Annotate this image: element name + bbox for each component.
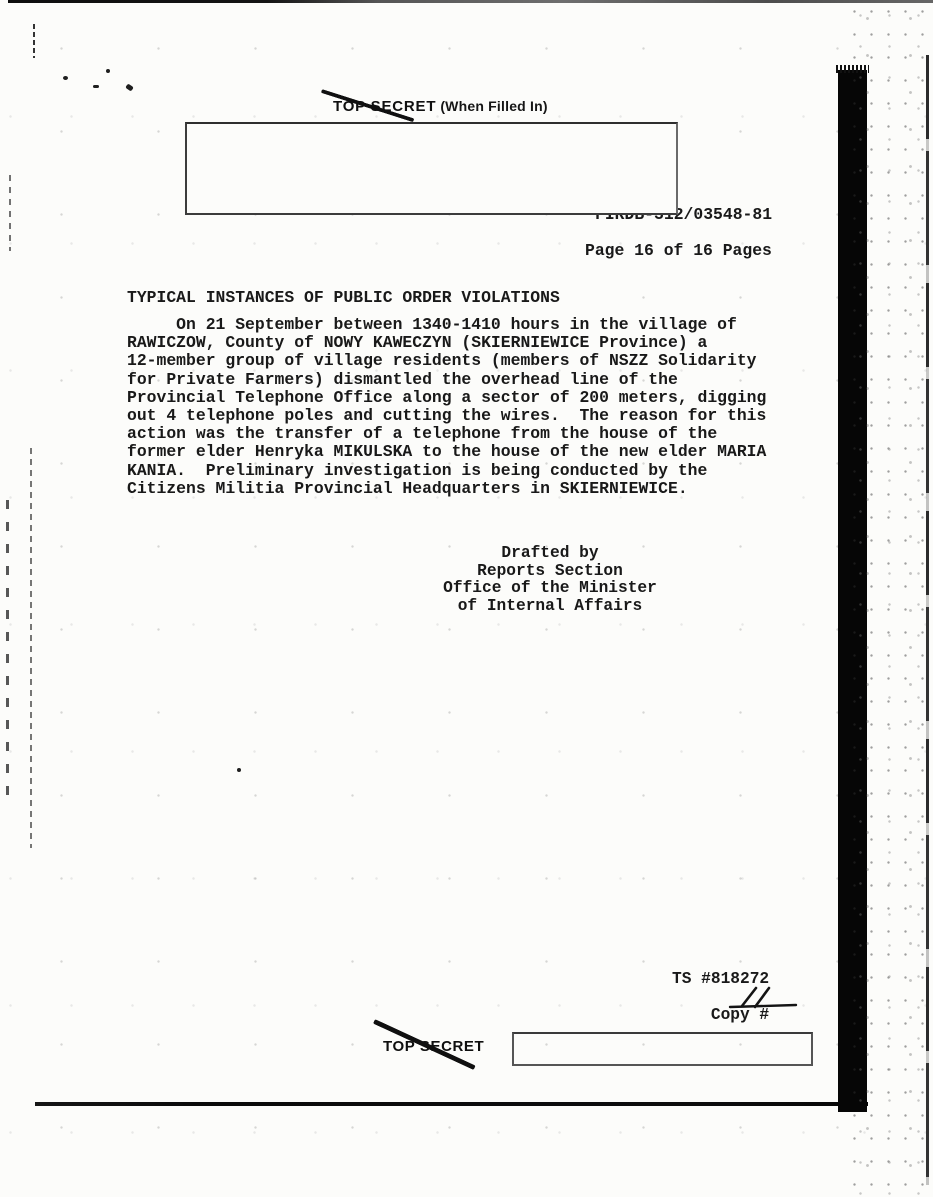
body-line: RAWICZOW, County of NOWY KAWECZYN (SKIER… [127,334,766,352]
body-line: Provincial Telephone Office along a sect… [127,389,766,407]
body-line: KANIA. Preliminary investigation is bein… [127,462,766,480]
pencil-mark [106,69,110,73]
body-line: out 4 telephone poles and cutting the wi… [127,407,766,425]
body-line: On 21 September between 1340-1410 hours … [127,316,766,334]
scan-left-edge-mark [9,175,11,251]
scan-left-edge-mark [30,448,32,848]
drafted-by-block: Drafted by Reports Section Office of the… [430,545,670,615]
pencil-mark [63,76,68,80]
body-line: former elder Henryka MIKULSKA to the hou… [127,443,766,461]
scan-left-edge-mark [6,500,9,795]
scan-binding-bar-artifact [838,70,867,1112]
body-line: action was the transfer of a telephone f… [127,425,766,443]
pencil-mark [237,768,241,772]
body-line: Citizens Militia Provincial Headquarters… [127,480,766,498]
scan-right-edge-artifact [926,55,929,1185]
section-title: TYPICAL INSTANCES OF PUBLIC ORDER VIOLAT… [127,288,560,307]
drafted-by-line: Drafted by [430,545,670,563]
scan-left-edge-mark [33,24,35,58]
handwritten-copy-number [726,984,801,1012]
redacted-stamp-box [185,122,678,215]
page-count: Page 16 of 16 Pages [585,241,772,260]
scanned-document-page: TOP SECRET(When Filled In) FIRDB-312/035… [0,0,933,1197]
body-line: 12-member group of village residents (me… [127,352,766,370]
drafted-by-line: Reports Section [430,563,670,581]
drafted-by-line: Office of the Minister [430,580,670,598]
redacted-footer-box [512,1032,813,1066]
bottom-border-line [35,1102,868,1106]
pencil-mark [93,85,99,88]
drafted-by-line: of Internal Affairs [430,598,670,616]
pencil-mark [125,83,134,91]
classification-qualifier: (When Filled In) [440,98,547,114]
body-line: for Private Farmers) dismantled the over… [127,371,766,389]
body-paragraph: On 21 September between 1340-1410 hours … [127,316,766,498]
scan-top-edge-artifact [8,0,933,3]
